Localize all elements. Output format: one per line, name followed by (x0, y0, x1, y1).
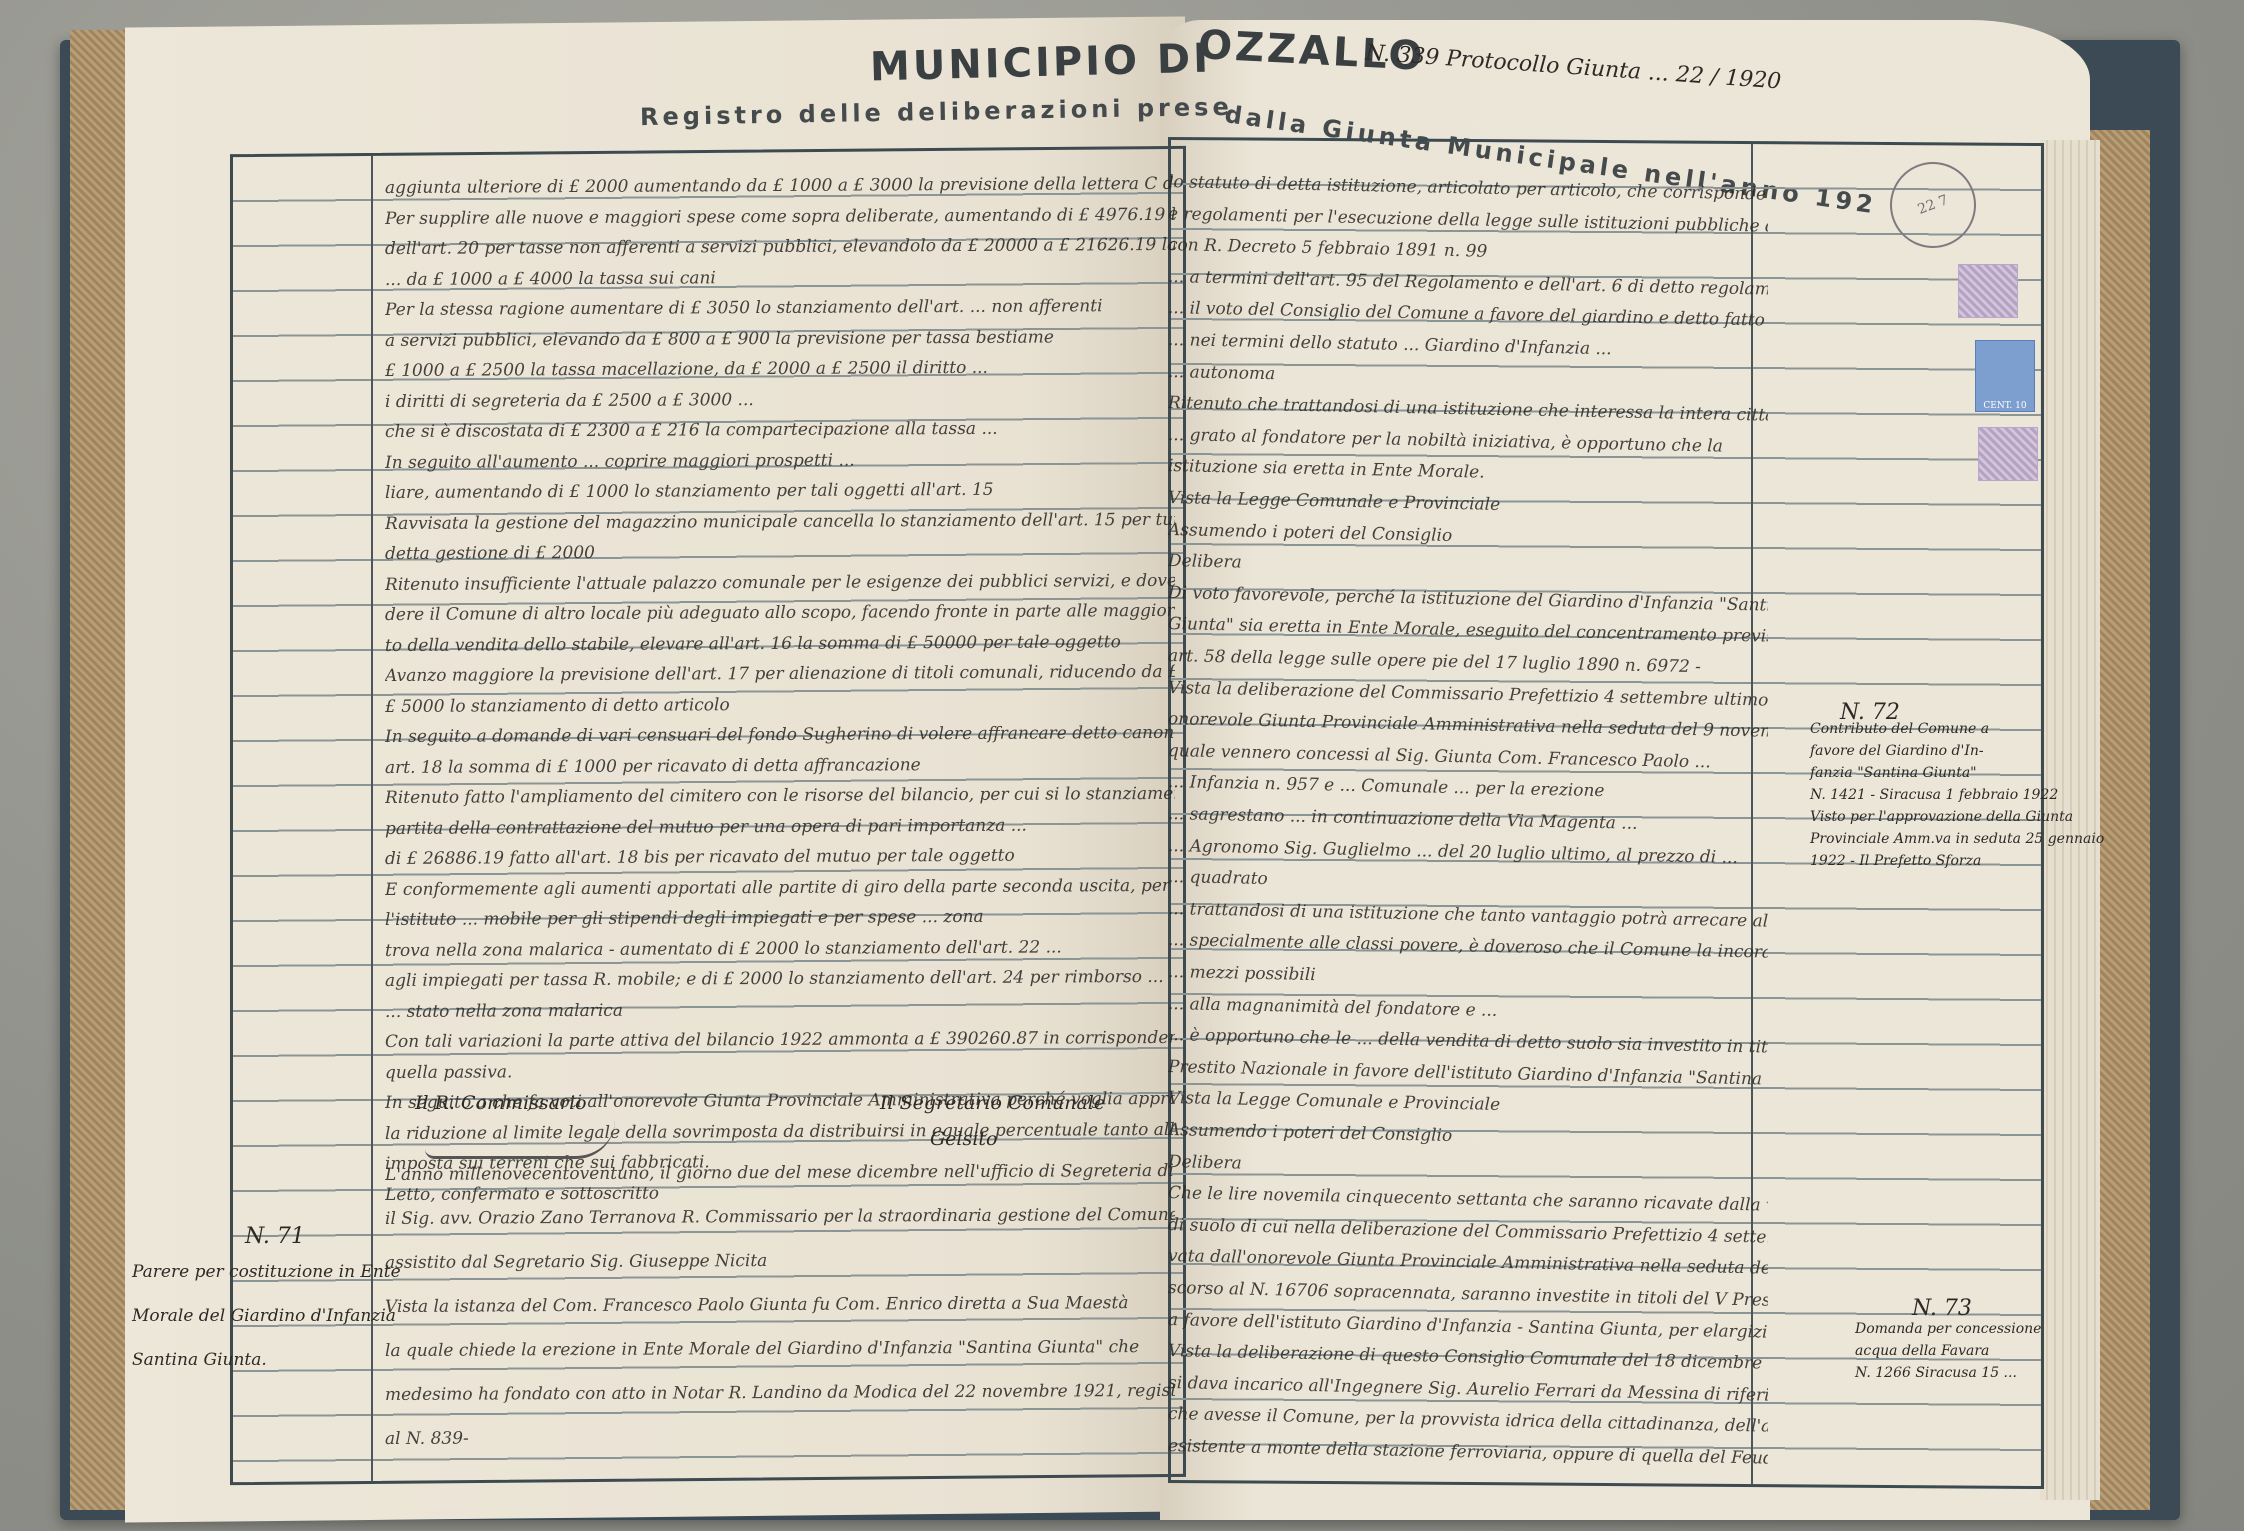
handwritten-line: dere il Comune di altro locale più adegu… (385, 601, 1175, 625)
handwritten-line: i diritti di segreteria da £ 2500 a £ 30… (385, 390, 754, 412)
handwritten-line: £ 5000 lo stanziamento di detto articolo (385, 695, 730, 717)
handwritten-line: l'istituto ... mobile per gli stipendi d… (385, 907, 984, 930)
handwritten-line: £ 1000 a £ 2500 la tassa macellazione, d… (385, 358, 988, 381)
margin-note-line: Visto per l'approvazione della Giunta (1810, 806, 2104, 828)
handwritten-line: L'anno millenovecentoventuno, il giorno … (385, 1161, 1175, 1185)
revenue-stamp-blue: CENT. 10 (1975, 340, 2035, 412)
handwritten-line: partita della contrattazione del mutuo p… (385, 815, 1027, 838)
margin-note-line: Parere per costituzione in Ente (132, 1250, 401, 1294)
margin-note-line: Morale del Giardino d'Infanzia (132, 1294, 401, 1338)
header-title-left: MUNICIPIO DI (869, 36, 1211, 91)
signature-label-secretary: Il Segretario Comunale (880, 1092, 1105, 1114)
handwritten-line: agli impiegati per tassa R. mobile; e di… (385, 967, 1164, 991)
margin-column-divider (1751, 144, 1753, 1484)
revenue-stamp-violet (1978, 427, 2038, 481)
margin-note-73: Domanda per concessione acqua della Fava… (1855, 1318, 2041, 1384)
margin-note-line: Contributo del Comune a (1810, 718, 2104, 740)
handwritten-line: to della vendita dello stabile, elevare … (385, 632, 1121, 656)
margin-note-line: N. 1421 - Siracusa 1 febbraio 1922 (1810, 784, 2104, 806)
handwritten-line: In seguito all'aumento ... coprire maggi… (385, 450, 855, 472)
handwritten-line: Con tali variazioni la parte attiva del … (385, 1028, 1175, 1052)
handwritten-line: Avanzo maggiore la previsione dell'art. … (385, 662, 1175, 686)
handwritten-line: quella passiva. (385, 1062, 512, 1083)
margin-note-72: Contributo del Comune a favore del Giard… (1810, 718, 2104, 872)
margin-note-line: fanzia "Santina Giunta" (1810, 762, 2104, 784)
handwritten-line: ... stato nella zona malarica (385, 1000, 623, 1021)
handwritten-line: medesimo ha fondato con atto in Notar R.… (385, 1381, 1175, 1405)
handwritten-line: ... da £ 1000 a £ 4000 la tassa sui cani (385, 268, 716, 290)
handwritten-line: Letto, confermato e sottoscritto (385, 1183, 659, 1204)
handwritten-line: Delibera (1168, 1152, 1242, 1174)
margin-note-71: Parere per costituzione in Ente Morale d… (132, 1250, 401, 1382)
handwritten-line: trova nella zona malarica - aumentato di… (385, 937, 1062, 961)
revenue-stamp-violet (1958, 264, 2018, 318)
handwritten-line: ... autonoma (1168, 362, 1276, 384)
handwritten-line: Per la stessa ragione aumentare di £ 305… (385, 296, 1103, 320)
margin-note-line: 1922 - Il Prefetto Sforza (1810, 850, 2104, 872)
handwritten-line: Vista la istanza del Com. Francesco Paol… (385, 1293, 1129, 1317)
margin-note-line: Santina Giunta. (132, 1338, 401, 1382)
handwritten-line: dell'art. 20 per tasse non afferenti a s… (385, 235, 1175, 259)
handwritten-line: In seguito a domande di vari censuari de… (385, 723, 1175, 747)
handwritten-line: detta gestione di £ 2000 (385, 543, 595, 564)
margin-note-line: acqua della Favara (1855, 1340, 2041, 1362)
handwritten-line: liare, aumentando di £ 1000 lo stanziame… (385, 480, 994, 503)
commissioner-signature-scribble (425, 1120, 615, 1159)
handwritten-line: aggiunta ulteriore di £ 2000 aumentando … (385, 174, 1175, 198)
handwritten-line: art. 18 la somma di £ 1000 per ricavato … (385, 755, 921, 778)
handwritten-line: la quale chiede la erezione in Ente Mora… (385, 1337, 1139, 1361)
handwritten-line: al N. 839- (385, 1429, 469, 1449)
margin-note-line: favore del Giardino d'In- (1810, 740, 2104, 762)
handwritten-line: il Sig. avv. Orazio Zano Terranova R. Co… (385, 1205, 1175, 1229)
handwritten-line: che si è discostata di £ 2300 a £ 216 la… (385, 419, 998, 442)
handwritten-line: Per supplire alle nuove e maggiori spese… (385, 204, 1175, 228)
signature-label-commissioner: Il R. Commissario (415, 1092, 587, 1114)
handwritten-line: ... mezzi possibili (1168, 962, 1316, 985)
handwritten-line: ... quadrato (1168, 867, 1268, 889)
entry-number-71: N. 71 (245, 1224, 305, 1249)
handwritten-line: assistito dal Segretario Sig. Giuseppe N… (385, 1251, 767, 1273)
margin-note-line: Provinciale Amm.va in seduta 25 gennaio (1810, 828, 2104, 850)
margin-note-line: N. 1266 Siracusa 15 ... (1855, 1362, 2041, 1384)
handwritten-line: Ravvisata la gestione del magazzino muni… (385, 509, 1175, 533)
handwritten-line: a servizi pubblici, elevando da £ 800 a … (385, 327, 1054, 351)
handwritten-line: Ritenuto insufficiente l'attuale palazzo… (385, 570, 1175, 594)
handwritten-line: E conformemente agli aumenti apportati a… (385, 875, 1170, 899)
margin-note-line: Domanda per concessione (1855, 1318, 2041, 1340)
handwritten-line: Ritenuto fatto l'ampliamento del cimiter… (385, 784, 1175, 808)
handwritten-line: di £ 26886.19 fatto all'art. 18 bis per … (385, 846, 1015, 869)
signature-secretary-name: Gelsito (930, 1128, 997, 1150)
handwritten-line: Delibera (1168, 551, 1242, 573)
